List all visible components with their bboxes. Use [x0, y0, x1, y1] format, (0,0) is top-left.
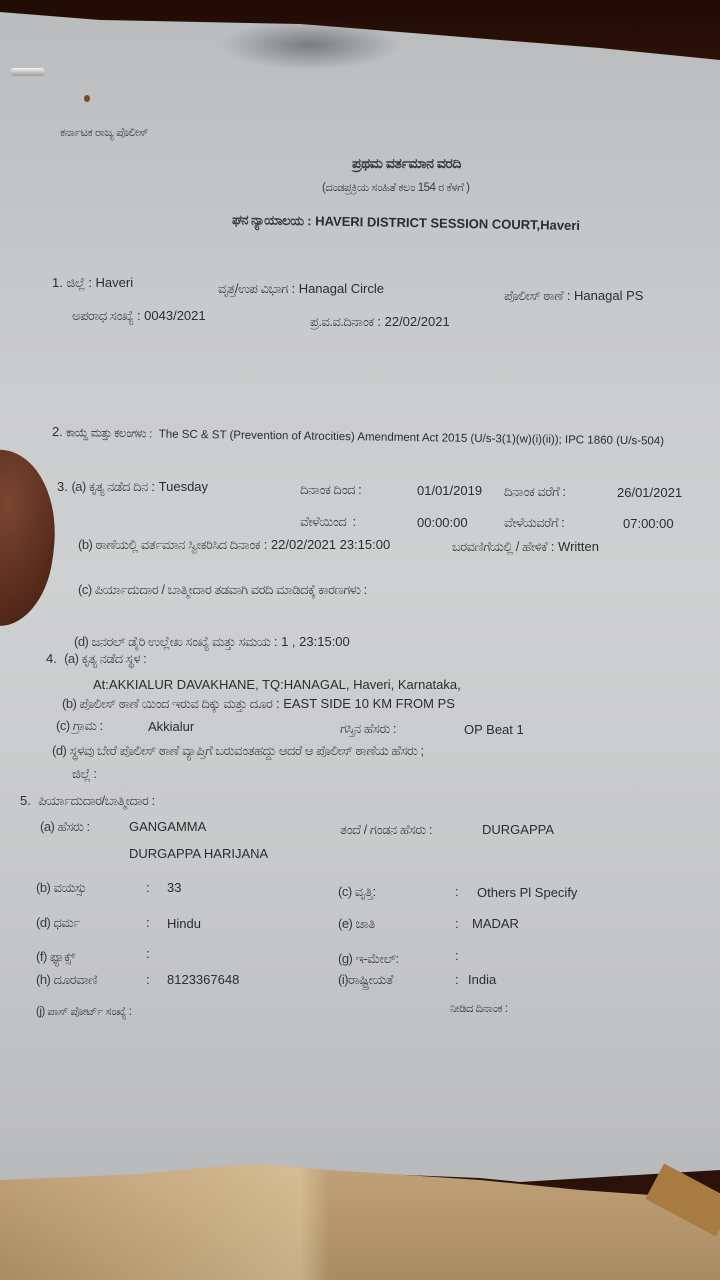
ps-value: Hanagal PS — [574, 288, 643, 303]
section-number: 5. — [20, 793, 31, 808]
crime-no-label: ಅಪರಾಧ ಸಂಖ್ಯೆ — [72, 308, 133, 323]
section1-fir-date: ಪ್ರ.ವ.ವ.ದಿನಾಂಕ : 22/02/2021 — [310, 314, 450, 330]
mode-label: ಬರವಣಿಗೆಯಲ್ಲಿ / ಹೇಳಿಕೆ — [452, 539, 547, 554]
passport-label: (j) ಪಾಸ್ ಪೋರ್ಟ್ ಸಂಖ್ಯೆ : — [36, 1006, 131, 1019]
name-value-line1: GANGAMMA — [129, 819, 206, 834]
date-to-label: ದಿನಾಂಕ ವರೆಗೆ : — [504, 484, 565, 500]
rust-spot — [84, 95, 90, 102]
age-colon: : — [146, 880, 150, 895]
document-subtitle: (ದಂಡಪ್ರಕ್ರಿಯ ಸಂಹಿತೆ ಕಲಂ 154 ರ ಕೆಳಗೆ ) — [322, 182, 469, 195]
circle-label: ವೃತ್ತ/ಉಪ ವಿಭಾಗ — [218, 281, 288, 296]
beat-label: ಗಸ್ತಿನ ಹೆಸರು : — [340, 721, 396, 737]
section5-heading: 5. ಪಿರ್ಯಾದುದಾರ/ಬಾತ್ಮೀದಾರ : — [20, 793, 155, 809]
section1-ps: ಪೊಲೀಸ್ ಠಾಣೆ : Hanagal PS — [504, 288, 643, 304]
issue-date-label: ನೀಡಿದ ದಿನಾಂಕ : — [450, 1003, 508, 1016]
nationality-label: (i)ರಾಷ್ಟ್ರೀಯತೆ — [338, 972, 393, 988]
occupation-colon: : — [455, 884, 459, 899]
fir-date-value: 22/02/2021 — [385, 314, 450, 329]
occupation-value: Others Pl Specify — [477, 885, 577, 900]
other-district-label: ಜಿಲ್ಲೆ : — [72, 766, 96, 782]
gd-ref-label: (d) ಜನರಲ್ ಡೈರಿ ಉಲ್ಲೇಖ ಸಂಖ್ಯೆ ಮತ್ತು ಸಮಯ — [74, 634, 270, 649]
header-org: ಕರ್ನಾಟಕ ರಾಜ್ಯ ಪೊಲೀಸ್ — [60, 127, 148, 140]
staple-icon — [10, 68, 45, 76]
place-value: At:AKKIALUR DAVAKHANE, TQ:HANAGAL, Haver… — [93, 677, 461, 692]
date-to-value: 26/01/2021 — [617, 485, 682, 500]
crime-no-value: 0043/2021 — [144, 308, 205, 323]
name-label: (a) ಹೆಸರು : — [40, 819, 90, 835]
district-value: Haveri — [96, 275, 134, 290]
section-number: 4. — [46, 651, 57, 666]
court-label: ಘನ ನ್ಯಾಯಾಲಯ — [232, 212, 304, 228]
section3-received: (b) ಠಾಣೆಯಲ್ಲಿ ವರ್ತಮಾನ ಸ್ವೀಕರಿಸಿದ ದಿನಾಂಕ … — [78, 537, 390, 553]
direction-value: EAST SIDE 10 KM FROM PS — [283, 696, 455, 711]
village-value: Akkialur — [148, 719, 194, 734]
section1-crime-no: ಅಪರಾಧ ಸಂಖ್ಯೆ : 0043/2021 — [72, 308, 206, 324]
email-colon: : — [455, 948, 459, 963]
phone-value: 8123367648 — [167, 972, 239, 987]
paper-fold-shadow — [220, 20, 400, 70]
received-date-value: 22/02/2021 23:15:00 — [271, 537, 390, 552]
religion-value: Hindu — [167, 916, 201, 931]
time-to-value: 07:00:00 — [623, 516, 674, 531]
fax-label: (f) ಫ್ಯಾಕ್ಸ್ — [36, 949, 75, 965]
other-ps-label: (d) ಸ್ಥಳವು ಬೇರೆ ಪೊಲೀಸ್ ಠಾಣೆ ವ್ಯಾಪ್ತಿಗೆ ಬ… — [52, 743, 424, 759]
age-label: (b) ವಯಸ್ಸು — [36, 880, 87, 896]
section4-place: 4. (a) ಕೃತ್ಯ ನಡೆದ ಸ್ಥಳ : — [46, 651, 146, 667]
day-label: (a) ಕೃತ್ಯ ನಡೆದ ದಿನ — [71, 479, 147, 494]
section3-mode: ಬರವಣಿಗೆಯಲ್ಲಿ / ಹೇಳಿಕೆ : Written — [452, 539, 599, 555]
occupation-label: (c) ವೃತ್ತಿ: — [338, 884, 376, 900]
mode-value: Written — [558, 539, 599, 554]
document-title: ಪ್ರಥಮ ವರ್ತಮಾನ ವರದಿ — [352, 155, 461, 172]
complainant-heading: ಪಿರ್ಯಾದುದಾರ/ಬಾತ್ಮೀದಾರ : — [38, 793, 155, 808]
fax-colon: : — [146, 946, 150, 961]
ps-label: ಪೊಲೀಸ್ ಠಾಣೆ — [504, 288, 563, 303]
district-label: ಜಿಲ್ಲೆ — [66, 275, 84, 290]
delay-reason-label: (c) ಪಿರ್ಯಾದುದಾರ / ಬಾತ್ಮೀದಾರ ತಡವಾಗಿ ವರದಿ … — [78, 582, 367, 598]
age-value: 33 — [167, 880, 181, 895]
direction-label: (b) ಪೊಲೀಸ್ ಠಾಣೆ ಯಿಂದ ಇರುವ ದಿಕ್ಕು ಮತ್ತು ದ… — [62, 696, 272, 711]
place-label: (a) ಕೃತ್ಯ ನಡೆದ ಸ್ಥಳ : — [64, 651, 146, 666]
gd-ref-value: 1 , 23:15:00 — [281, 634, 350, 649]
caste-colon: : — [455, 916, 459, 931]
time-from-value: 00:00:00 — [417, 515, 468, 530]
acts-label: ಕಾಯ್ದೆ ಮತ್ತು ಕಲಂಗಳು — [66, 427, 146, 440]
phone-colon: : — [146, 972, 150, 987]
day-value: Tuesday — [159, 479, 208, 494]
section1-district: 1. ಜಿಲ್ಲೆ : Haveri — [52, 275, 133, 291]
beat-value: OP Beat 1 — [464, 722, 524, 737]
father-name-value: DURGAPPA — [482, 822, 554, 837]
phone-label: (h) ದೂರವಾಣಿ — [36, 972, 97, 988]
received-date-label: (b) ಠಾಣೆಯಲ್ಲಿ ವರ್ತಮಾನ ಸ್ವೀಕರಿಸಿದ ದಿನಾಂಕ — [78, 537, 260, 552]
religion-label: (d) ಧರ್ಮ — [36, 915, 80, 931]
nationality-value: India — [468, 972, 496, 987]
village-label: (c) ಗ್ರಾಮ : — [56, 718, 103, 734]
section3-gd-ref: (d) ಜನರಲ್ ಡೈರಿ ಉಲ್ಲೇಖ ಸಂಖ್ಯೆ ಮತ್ತು ಸಮಯ :… — [74, 634, 350, 650]
caste-label: (e) ಜಾತಿ — [338, 916, 375, 932]
section1-circle: ವೃತ್ತ/ಉಪ ವಿಭಾಗ : Hanagal Circle — [218, 281, 384, 297]
section-number: 1. — [52, 275, 63, 290]
section4-direction: (b) ಪೊಲೀಸ್ ಠಾಣೆ ಯಿಂದ ಇರುವ ದಿಕ್ಕು ಮತ್ತು ದ… — [62, 696, 455, 712]
circle-value: Hanagal Circle — [299, 281, 384, 296]
date-from-value: 01/01/2019 — [417, 483, 482, 498]
religion-colon: : — [146, 915, 150, 930]
section3-day: 3. (a) ಕೃತ್ಯ ನಡೆದ ದಿನ : Tuesday — [57, 479, 208, 495]
section-number: 2. — [52, 424, 63, 439]
name-value-line2: DURGAPPA HARIJANA — [129, 846, 268, 861]
nationality-colon: : — [455, 972, 459, 987]
time-from-label: ವೇಳೆಯಿಂದ : — [300, 514, 356, 530]
father-name-label: ತಂದೆ / ಗಂಡನ ಹೆಸರು : — [340, 822, 432, 838]
email-label: (g) ಇ-ಮೇಲ್: — [338, 951, 399, 967]
time-to-label: ವೇಳೆಯವರೆಗೆ : — [504, 515, 564, 531]
caste-value: MADAR — [472, 916, 519, 931]
date-from-label: ದಿನಾಂಕ ದಿಂದ : — [300, 482, 361, 498]
fir-date-label: ಪ್ರ.ವ.ವ.ದಿನಾಂಕ — [310, 314, 374, 329]
section-number: 3. — [57, 479, 68, 494]
